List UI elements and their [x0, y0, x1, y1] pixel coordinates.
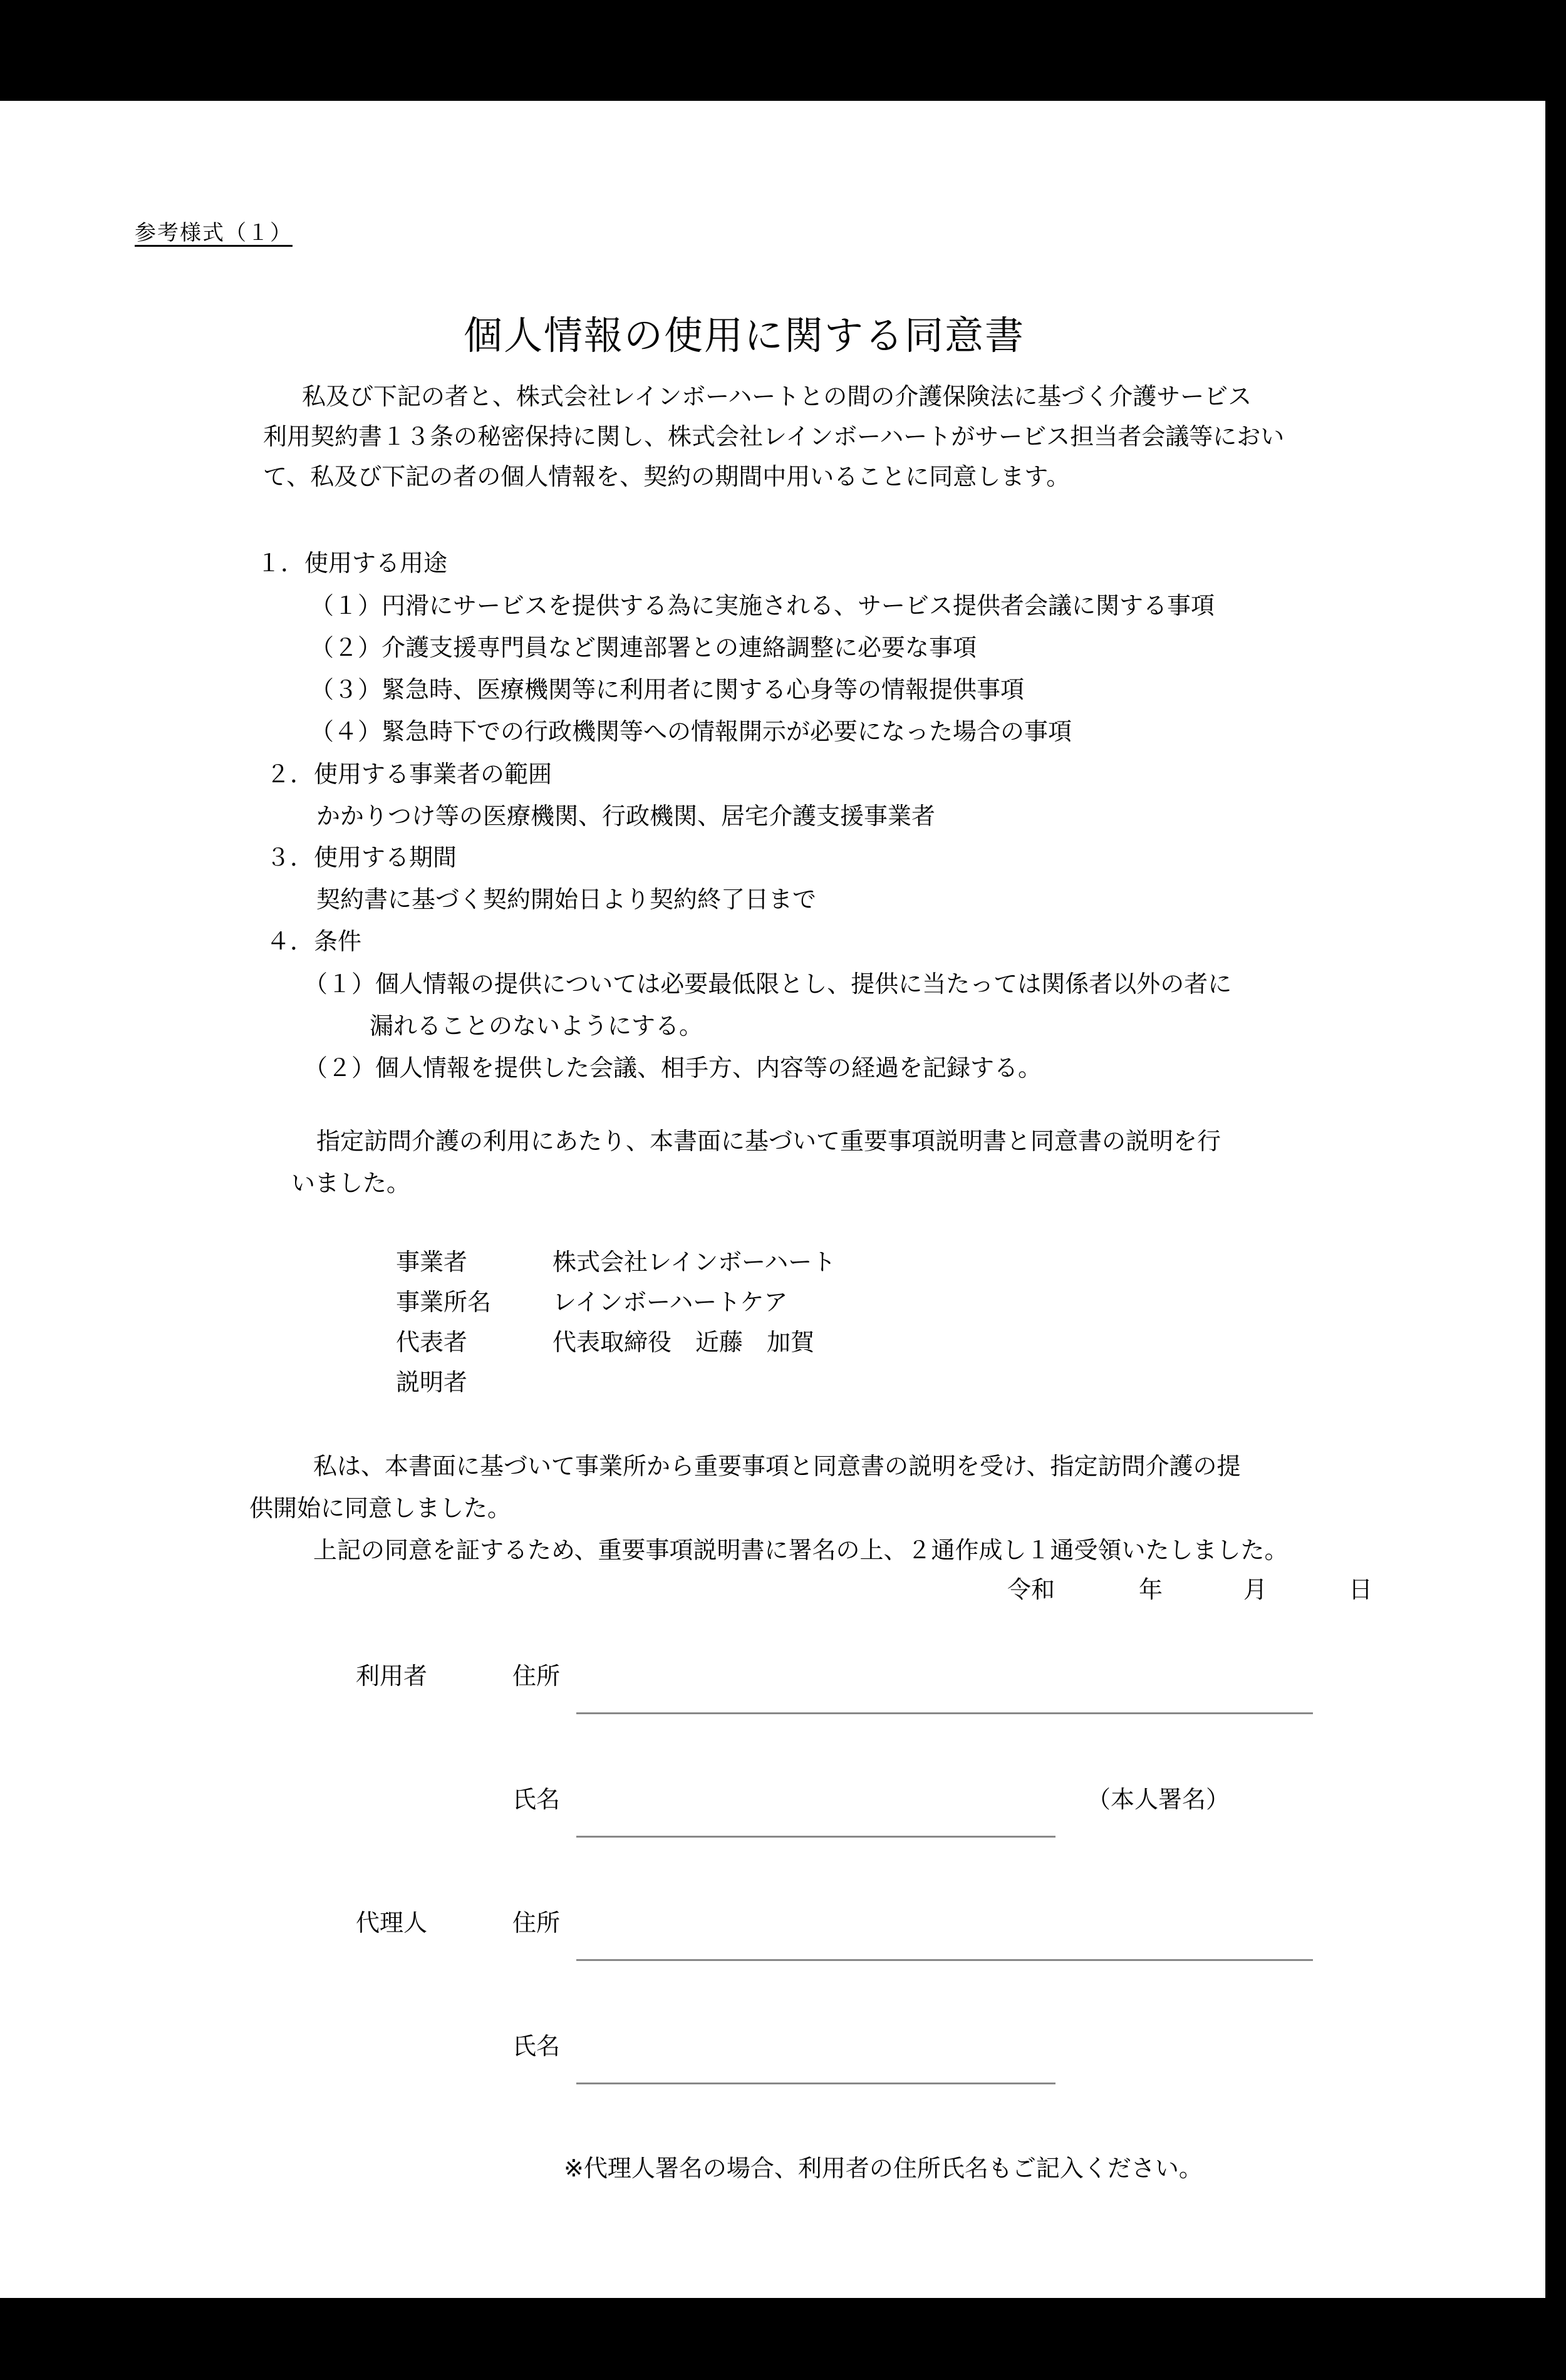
consent-line: 供開始に同意しました。: [249, 1489, 511, 1523]
condition-item: （１）個人情報の提供については必要最低限とし、提供に当たっては関係者以外の者に: [304, 965, 1232, 999]
provider-label: 事業者: [396, 1243, 467, 1277]
user-name-field[interactable]: [576, 1836, 1055, 1838]
document-page: 参考様式（１） 個人情報の使用に関する同意書 私及び下記の者と、株式会社レインボ…: [0, 101, 1545, 2298]
provider-value: 株式会社レインボーハート: [552, 1243, 836, 1277]
explainer-label: 説明者: [396, 1363, 467, 1397]
explanation-line: 指定訪問介護の利用にあたり、本書面に基づいて重要事項説明書と同意書の説明を行: [316, 1122, 1221, 1156]
section-heading-purpose: １．使用する用途: [257, 544, 447, 578]
office-name-value: レインボーハートケア: [552, 1283, 787, 1317]
consent-line: 私は、本書面に基づいて事業所から重要事項と同意書の説明を受け、指定訪問介護の提: [313, 1447, 1240, 1481]
period-item: 契約書に基づく契約開始日より契約終了日まで: [316, 880, 816, 914]
agent-name-label: 氏名: [512, 2027, 560, 2061]
representative-value: 代表取締役 近藤 加賀: [552, 1323, 814, 1357]
office-name-label: 事業所名: [396, 1283, 491, 1317]
explanation-line: いました。: [291, 1164, 410, 1198]
condition-item-continued: 漏れることのないようにする。: [370, 1006, 703, 1041]
date-year: 年: [1139, 1570, 1163, 1605]
date-era: 令和: [1007, 1570, 1055, 1605]
purpose-item: （１）円滑にサービスを提供する為に実施される、サービス提供者会議に関する事項: [310, 586, 1215, 621]
date-day: 日: [1349, 1570, 1372, 1605]
self-sign-note: （本人署名）: [1087, 1780, 1230, 1814]
condition-item: （２）個人情報を提供した会議、相手方、内容等の経過を記録する。: [304, 1048, 1042, 1083]
intro-line: 利用契約書１３条の秘密保持に関し、株式会社レインボーハートがサービス担当者会議等…: [263, 416, 1284, 457]
agent-name-field[interactable]: [576, 2082, 1055, 2084]
purpose-item: （３）緊急時、医療機関等に利用者に関する心身等の情報提供事項: [310, 670, 1024, 705]
section-heading-conditions: ４．条件: [266, 922, 361, 956]
agent-address-field[interactable]: [576, 1959, 1313, 1961]
intro-line: 私及び下記の者と、株式会社レインボーハートとの間の介護保険法に基づく介護サービス: [263, 376, 1284, 416]
section-heading-period: ３．使用する期間: [266, 838, 457, 872]
agent-role-label: 代理人: [356, 1903, 427, 1938]
intro-paragraph: 私及び下記の者と、株式会社レインボーハートとの間の介護保険法に基づく介護サービス…: [263, 376, 1284, 497]
intro-line: て、私及び下記の者の個人情報を、契約の期間中用いることに同意します。: [263, 457, 1284, 497]
reference-label: 参考様式（１）: [135, 215, 318, 246]
purpose-item: （４）緊急時下での行政機関等への情報開示が必要になった場合の事項: [310, 712, 1072, 747]
scope-item: かかりつけ等の医療機関、行政機関、居宅介護支援事業者: [316, 797, 935, 831]
purpose-item: （２）介護支援専門員など関連部署との連絡調整に必要な事項: [310, 628, 977, 663]
user-name-label: 氏名: [512, 1780, 560, 1814]
user-role-label: 利用者: [356, 1657, 427, 1691]
document-title: 個人情報の使用に関する同意書: [464, 304, 1025, 360]
agent-address-label: 住所: [512, 1903, 560, 1938]
consent-line: 上記の同意を証するため、重要事項説明書に署名の上、２通作成し１通受領いたしました…: [313, 1531, 1288, 1565]
representative-label: 代表者: [396, 1323, 467, 1357]
footnote: ※代理人署名の場合、利用者の住所氏名もご記入ください。: [564, 2149, 1203, 2183]
user-address-field[interactable]: [576, 1712, 1313, 1714]
date-month: 月: [1243, 1570, 1267, 1605]
section-heading-scope: ２．使用する事業者の範囲: [266, 755, 552, 789]
user-address-label: 住所: [512, 1657, 560, 1691]
